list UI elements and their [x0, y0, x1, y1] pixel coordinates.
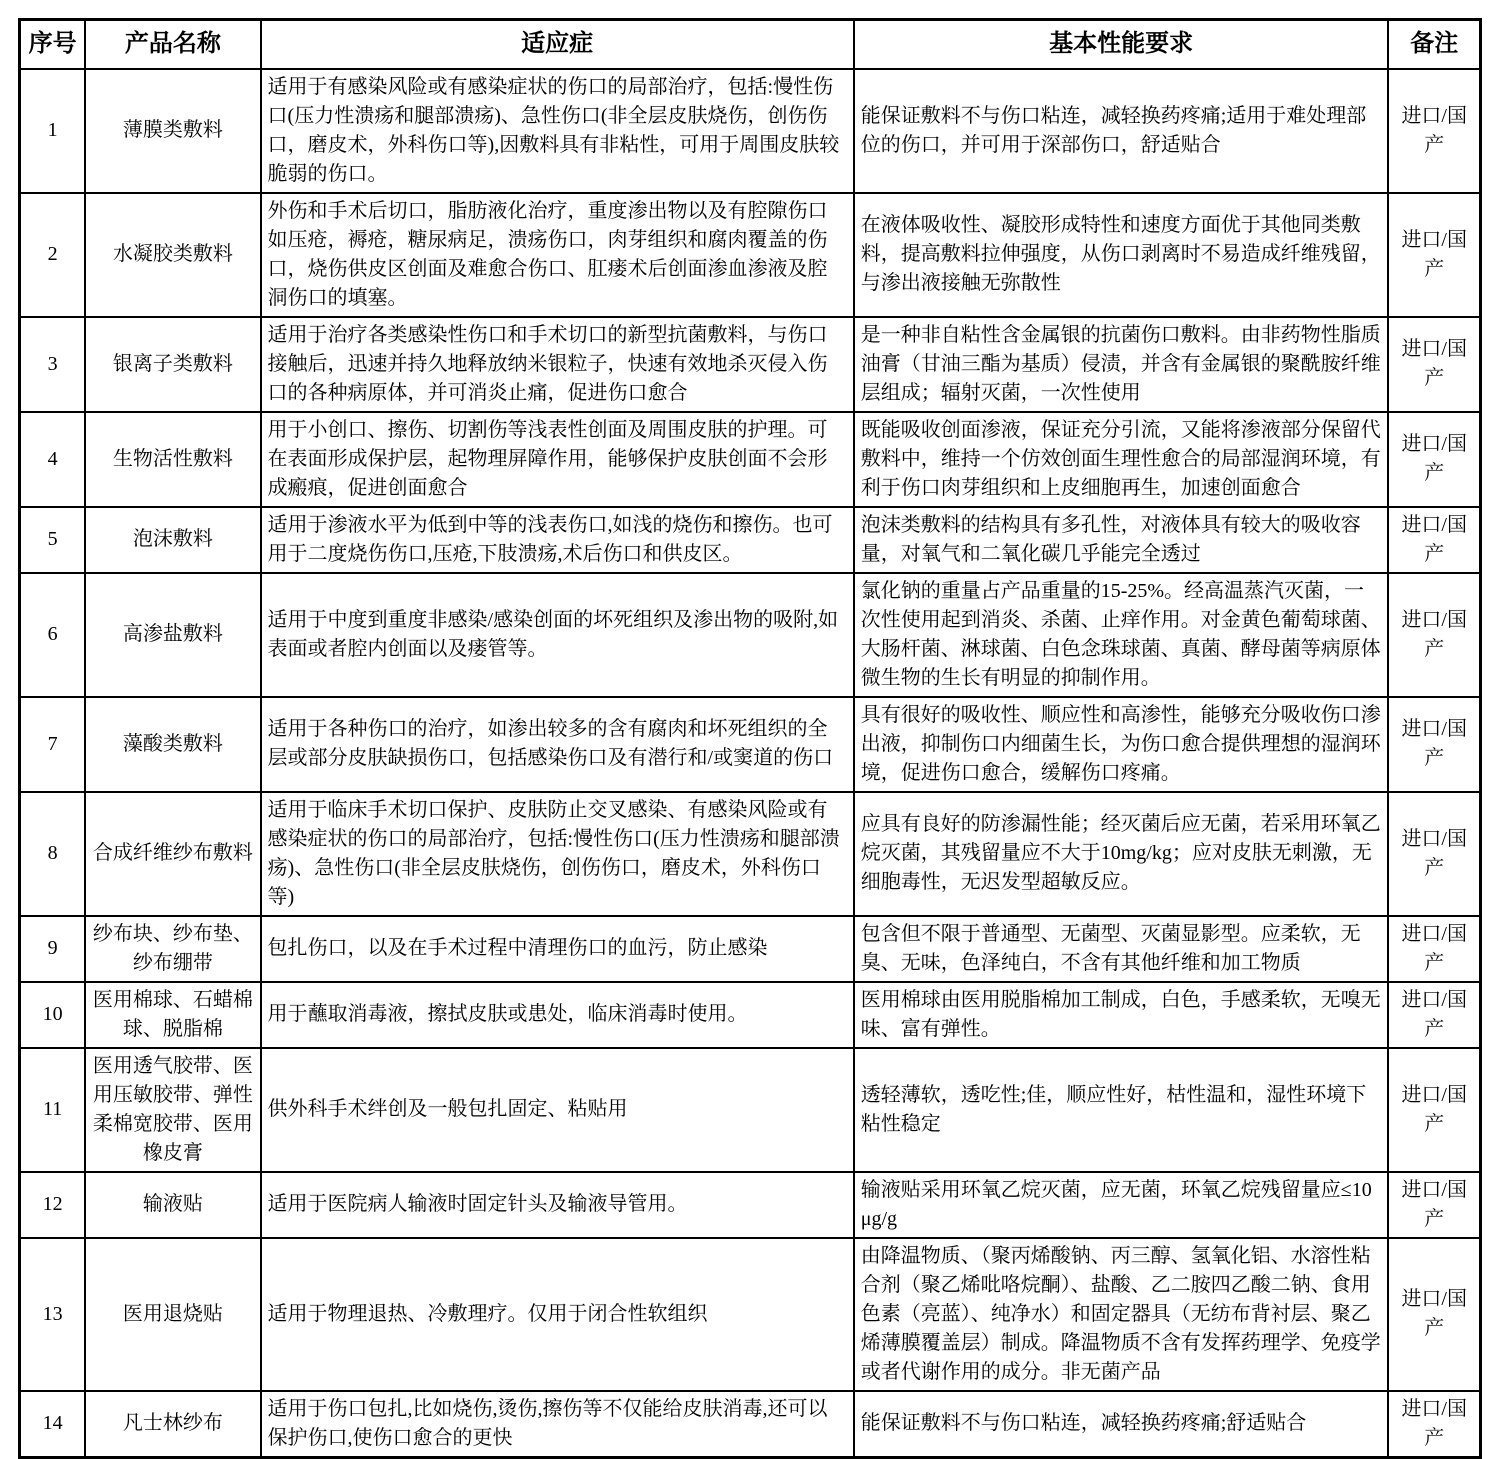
cell-product-name: 泡沫敷料	[85, 507, 260, 573]
cell-serial-number: 12	[20, 1172, 86, 1238]
cell-performance: 由降温物质、（聚丙烯酸钠、丙三醇、氢氧化铝、水溶性粘合剂（聚乙烯吡咯烷酮）、盐酸…	[854, 1238, 1389, 1391]
cell-performance: 既能吸收创面渗液，保证充分引流，又能将渗液部分保留代敷料中，维持一个仿效创面生理…	[854, 412, 1389, 507]
table-row: 5泡沫敷料适用于渗液水平为低到中等的浅表伤口,如浅的烧伤和擦伤。也可用于二度烧伤…	[20, 507, 1481, 573]
cell-remark: 进口/国产	[1388, 317, 1480, 412]
cell-serial-number: 14	[20, 1391, 86, 1458]
cell-remark: 进口/国产	[1388, 69, 1480, 193]
cell-product-name: 凡士林纱布	[85, 1391, 260, 1458]
cell-indication: 适用于治疗各类感染性伤口和手术切口的新型抗菌敷料，与伤口接触后，迅速并持久地释放…	[261, 317, 854, 412]
cell-performance: 输液贴采用环氧乙烷灭菌，应无菌，环氧乙烷残留量应≤10μg/g	[854, 1172, 1389, 1238]
cell-product-name: 纱布块、纱布垫、纱布绷带	[85, 916, 260, 982]
cell-indication: 适用于医院病人输液时固定针头及输液导管用。	[261, 1172, 854, 1238]
cell-remark: 进口/国产	[1388, 1048, 1480, 1172]
table-row: 11医用透气胶带、医用压敏胶带、弹性柔棉宽胶带、医用橡皮膏供外科手术绊创及一般包…	[20, 1048, 1481, 1172]
header-indication: 适应症	[261, 20, 854, 69]
table-row: 7藻酸类敷料适用于各种伤口的治疗，如渗出较多的含有腐肉和坏死组织的全层或部分皮肤…	[20, 697, 1481, 792]
cell-performance: 能保证敷料不与伤口粘连，减轻换药疼痛;舒适贴合	[854, 1391, 1389, 1458]
cell-remark: 进口/国产	[1388, 697, 1480, 792]
cell-serial-number: 13	[20, 1238, 86, 1391]
cell-serial-number: 8	[20, 792, 86, 916]
table-row: 2水凝胶类敷料外伤和手术后切口，脂肪液化治疗，重度渗出物以及有腔隙伤口如压疮，褥…	[20, 193, 1481, 317]
table-row: 14凡士林纱布适用于伤口包扎,比如烧伤,烫伤,擦伤等不仅能给皮肤消毒,还可以保护…	[20, 1391, 1481, 1458]
table-row: 9纱布块、纱布垫、纱布绷带包扎伤口，以及在手术过程中清理伤口的血污，防止感染包含…	[20, 916, 1481, 982]
cell-performance: 是一种非自粘性含金属银的抗菌伤口敷料。由非药物性脂质油膏（甘油三酯为基质）侵渍，…	[854, 317, 1389, 412]
header-performance: 基本性能要求	[854, 20, 1389, 69]
cell-product-name: 藻酸类敷料	[85, 697, 260, 792]
table-row: 10医用棉球、石蜡棉球、脱脂棉用于蘸取消毒液，擦拭皮肤或患处，临床消毒时使用。医…	[20, 982, 1481, 1048]
cell-indication: 适用于中度到重度非感染/感染创面的坏死组织及渗出物的吸附,如表面或者腔内创面以及…	[261, 573, 854, 697]
cell-performance: 医用棉球由医用脱脂棉加工制成，白色，手感柔软，无嗅无味、富有弹性。	[854, 982, 1389, 1048]
cell-performance: 氯化钠的重量占产品重量的15-25%。经高温蒸汽灭菌，一次性使用起到消炎、杀菌、…	[854, 573, 1389, 697]
cell-remark: 进口/国产	[1388, 1172, 1480, 1238]
cell-remark: 进口/国产	[1388, 573, 1480, 697]
cell-performance: 包含但不限于普通型、无菌型、灭菌显影型。应柔软，无臭、无味，色泽纯白，不含有其他…	[854, 916, 1389, 982]
header-row: 序号 产品名称 适应症 基本性能要求 备注	[20, 20, 1481, 69]
cell-performance: 在液体吸收性、凝胶形成特性和速度方面优于其他同类敷料，提高敷料拉伸强度，从伤口剥…	[854, 193, 1389, 317]
table-row: 1薄膜类敷料适用于有感染风险或有感染症状的伤口的局部治疗，包括:慢性伤口(压力性…	[20, 69, 1481, 193]
cell-performance: 泡沫类敷料的结构具有多孔性，对液体具有较大的吸收容量，对氧气和二氧化碳几乎能完全…	[854, 507, 1389, 573]
cell-indication: 适用于临床手术切口保护、皮肤防止交叉感染、有感染风险或有感染症状的伤口的局部治疗…	[261, 792, 854, 916]
header-product-name: 产品名称	[85, 20, 260, 69]
cell-indication: 用于蘸取消毒液，擦拭皮肤或患处，临床消毒时使用。	[261, 982, 854, 1048]
cell-indication: 供外科手术绊创及一般包扎固定、粘贴用	[261, 1048, 854, 1172]
cell-serial-number: 7	[20, 697, 86, 792]
cell-serial-number: 9	[20, 916, 86, 982]
cell-product-name: 水凝胶类敷料	[85, 193, 260, 317]
cell-indication: 适用于伤口包扎,比如烧伤,烫伤,擦伤等不仅能给皮肤消毒,还可以保护伤口,使伤口愈…	[261, 1391, 854, 1458]
cell-product-name: 医用退烧贴	[85, 1238, 260, 1391]
cell-remark: 进口/国产	[1388, 1391, 1480, 1458]
cell-product-name: 医用棉球、石蜡棉球、脱脂棉	[85, 982, 260, 1048]
cell-product-name: 合成纤维纱布敷料	[85, 792, 260, 916]
cell-performance: 能保证敷料不与伤口粘连，减轻换药疼痛;适用于难处理部位的伤口，并可用于深部伤口，…	[854, 69, 1389, 193]
cell-serial-number: 4	[20, 412, 86, 507]
cell-serial-number: 10	[20, 982, 86, 1048]
table-row: 4生物活性敷料用于小创口、擦伤、切割伤等浅表性创面及周围皮肤的护理。可在表面形成…	[20, 412, 1481, 507]
cell-performance: 具有很好的吸收性、顺应性和高渗性，能够充分吸收伤口渗出液，抑制伤口内细菌生长，为…	[854, 697, 1389, 792]
document-page: 序号 产品名称 适应症 基本性能要求 备注 1薄膜类敷料适用于有感染风险或有感染…	[0, 0, 1500, 1424]
cell-remark: 进口/国产	[1388, 792, 1480, 916]
product-table: 序号 产品名称 适应症 基本性能要求 备注 1薄膜类敷料适用于有感染风险或有感染…	[18, 18, 1482, 1459]
cell-indication: 用于小创口、擦伤、切割伤等浅表性创面及周围皮肤的护理。可在表面形成保护层，起物理…	[261, 412, 854, 507]
table-header: 序号 产品名称 适应症 基本性能要求 备注	[20, 20, 1481, 69]
cell-indication: 适用于物理退热、冷敷理疗。仅用于闭合性软组织	[261, 1238, 854, 1391]
cell-product-name: 薄膜类敷料	[85, 69, 260, 193]
cell-remark: 进口/国产	[1388, 507, 1480, 573]
cell-serial-number: 5	[20, 507, 86, 573]
table-row: 3银离子类敷料适用于治疗各类感染性伤口和手术切口的新型抗菌敷料，与伤口接触后，迅…	[20, 317, 1481, 412]
table-row: 6高渗盐敷料适用于中度到重度非感染/感染创面的坏死组织及渗出物的吸附,如表面或者…	[20, 573, 1481, 697]
cell-indication: 包扎伤口，以及在手术过程中清理伤口的血污，防止感染	[261, 916, 854, 982]
table-row: 12输液贴适用于医院病人输液时固定针头及输液导管用。输液贴采用环氧乙烷灭菌，应无…	[20, 1172, 1481, 1238]
cell-product-name: 输液贴	[85, 1172, 260, 1238]
cell-indication: 适用于各种伤口的治疗，如渗出较多的含有腐肉和坏死组织的全层或部分皮肤缺损伤口，包…	[261, 697, 854, 792]
cell-serial-number: 6	[20, 573, 86, 697]
cell-remark: 进口/国产	[1388, 1238, 1480, 1391]
cell-remark: 进口/国产	[1388, 193, 1480, 317]
cell-serial-number: 3	[20, 317, 86, 412]
cell-remark: 进口/国产	[1388, 982, 1480, 1048]
cell-product-name: 高渗盐敷料	[85, 573, 260, 697]
header-remark: 备注	[1388, 20, 1480, 69]
cell-indication: 适用于有感染风险或有感染症状的伤口的局部治疗，包括:慢性伤口(压力性溃疡和腿部溃…	[261, 69, 854, 193]
cell-serial-number: 2	[20, 193, 86, 317]
cell-performance: 透轻薄软，透吃性;佳，顺应性好，枯性温和，湿性环境下粘性稳定	[854, 1048, 1389, 1172]
cell-remark: 进口/国产	[1388, 412, 1480, 507]
table-body: 1薄膜类敷料适用于有感染风险或有感染症状的伤口的局部治疗，包括:慢性伤口(压力性…	[20, 69, 1481, 1458]
table-row: 13医用退烧贴适用于物理退热、冷敷理疗。仅用于闭合性软组织由降温物质、（聚丙烯酸…	[20, 1238, 1481, 1391]
cell-serial-number: 11	[20, 1048, 86, 1172]
cell-remark: 进口/国产	[1388, 916, 1480, 982]
cell-serial-number: 1	[20, 69, 86, 193]
cell-indication: 外伤和手术后切口，脂肪液化治疗，重度渗出物以及有腔隙伤口如压疮，褥疮，糖尿病足，…	[261, 193, 854, 317]
cell-product-name: 生物活性敷料	[85, 412, 260, 507]
cell-product-name: 医用透气胶带、医用压敏胶带、弹性柔棉宽胶带、医用橡皮膏	[85, 1048, 260, 1172]
table-row: 8合成纤维纱布敷料适用于临床手术切口保护、皮肤防止交叉感染、有感染风险或有感染症…	[20, 792, 1481, 916]
cell-product-name: 银离子类敷料	[85, 317, 260, 412]
cell-indication: 适用于渗液水平为低到中等的浅表伤口,如浅的烧伤和擦伤。也可用于二度烧伤伤口,压疮…	[261, 507, 854, 573]
header-serial-number: 序号	[20, 20, 86, 69]
cell-performance: 应具有良好的防渗漏性能；经灭菌后应无菌，若采用环氧乙烷灭菌，其残留量应不大于10…	[854, 792, 1389, 916]
